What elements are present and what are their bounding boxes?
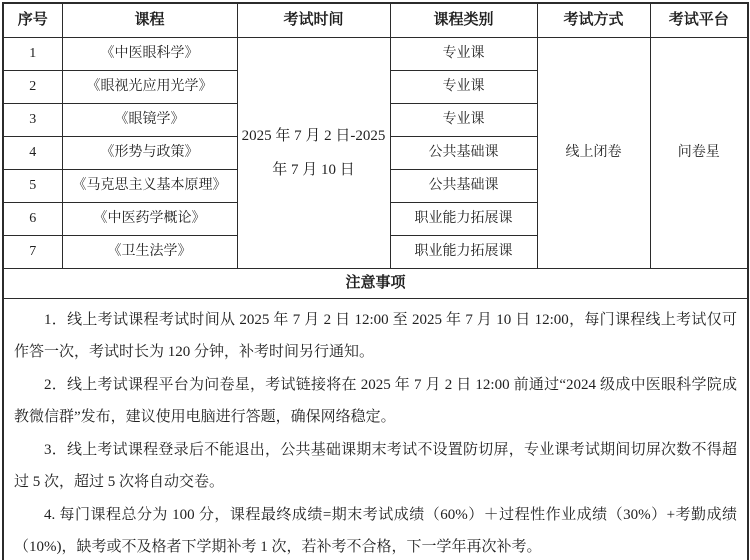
notice-title-row: 注意事项 [3, 268, 748, 298]
header-cell-course: 课程 [62, 3, 237, 37]
notes-cell: 1．线上考试课程考试时间从 2025 年 7 月 2 日 12:00 至 202… [3, 298, 748, 560]
category-cell: 公共基础课 [390, 136, 537, 169]
note-item-4: 4. 每门课程总分为 100 分，课程最终成绩=期末考试成绩（60%）＋过程性作… [14, 499, 737, 560]
course-name-cell: 《形势与政策》 [62, 136, 237, 169]
note-item-3: 3．线上考试课程登录后不能退出，公共基础课期末考试不设置防切屏，专业课考试期间切… [14, 434, 737, 499]
course-name-cell: 《中医药学概论》 [62, 202, 237, 235]
row-number-cell: 6 [3, 202, 62, 235]
notes-row: 1．线上考试课程考试时间从 2025 年 7 月 2 日 12:00 至 202… [3, 298, 748, 560]
row-number-cell: 7 [3, 235, 62, 268]
category-cell: 专业课 [390, 37, 537, 70]
category-cell: 专业课 [390, 103, 537, 136]
category-cell: 专业课 [390, 70, 537, 103]
exam-time-cell: 2025 年 7 月 2 日-2025 年 7 月 10 日 [237, 37, 390, 268]
notes-title: 注意事项 [3, 268, 748, 298]
table-row: 1 《中医眼科学》 2025 年 7 月 2 日-2025 年 7 月 10 日… [3, 37, 748, 70]
course-name-cell: 《眼视光应用光学》 [62, 70, 237, 103]
category-cell: 职业能力拓展课 [390, 202, 537, 235]
note-item-1: 1．线上考试课程考试时间从 2025 年 7 月 2 日 12:00 至 202… [14, 304, 737, 369]
exam-method-cell: 线上闭卷 [537, 37, 650, 268]
course-name-cell: 《眼镜学》 [62, 103, 237, 136]
exam-schedule-document: 序号 课程 考试时间 课程类别 考试方式 考试平台 1 《中医眼科学》 2025… [0, 0, 750, 560]
course-name-cell: 《马克思主义基本原理》 [62, 169, 237, 202]
exam-time-line2: 年 7 月 10 日 [242, 153, 386, 187]
table-header-row: 序号 课程 考试时间 课程类别 考试方式 考试平台 [3, 3, 748, 37]
row-number-cell: 1 [3, 37, 62, 70]
row-number-cell: 2 [3, 70, 62, 103]
row-number-cell: 4 [3, 136, 62, 169]
exam-platform-cell: 问卷星 [650, 37, 748, 268]
exam-time-line1: 2025 年 7 月 2 日-2025 [242, 119, 386, 153]
exam-schedule-table: 序号 课程 考试时间 课程类别 考试方式 考试平台 1 《中医眼科学》 2025… [2, 2, 749, 560]
row-number-cell: 5 [3, 169, 62, 202]
header-cell-exam-platform: 考试平台 [650, 3, 748, 37]
category-cell: 公共基础课 [390, 169, 537, 202]
course-name-cell: 《中医眼科学》 [62, 37, 237, 70]
header-cell-exam-time: 考试时间 [237, 3, 390, 37]
header-cell-exam-method: 考试方式 [537, 3, 650, 37]
row-number-cell: 3 [3, 103, 62, 136]
course-name-cell: 《卫生法学》 [62, 235, 237, 268]
note-item-2: 2．线上考试课程平台为问卷星，考试链接将在 2025 年 7 月 2 日 12:… [14, 369, 737, 434]
header-cell-category: 课程类别 [390, 3, 537, 37]
category-cell: 职业能力拓展课 [390, 235, 537, 268]
header-cell-number: 序号 [3, 3, 62, 37]
